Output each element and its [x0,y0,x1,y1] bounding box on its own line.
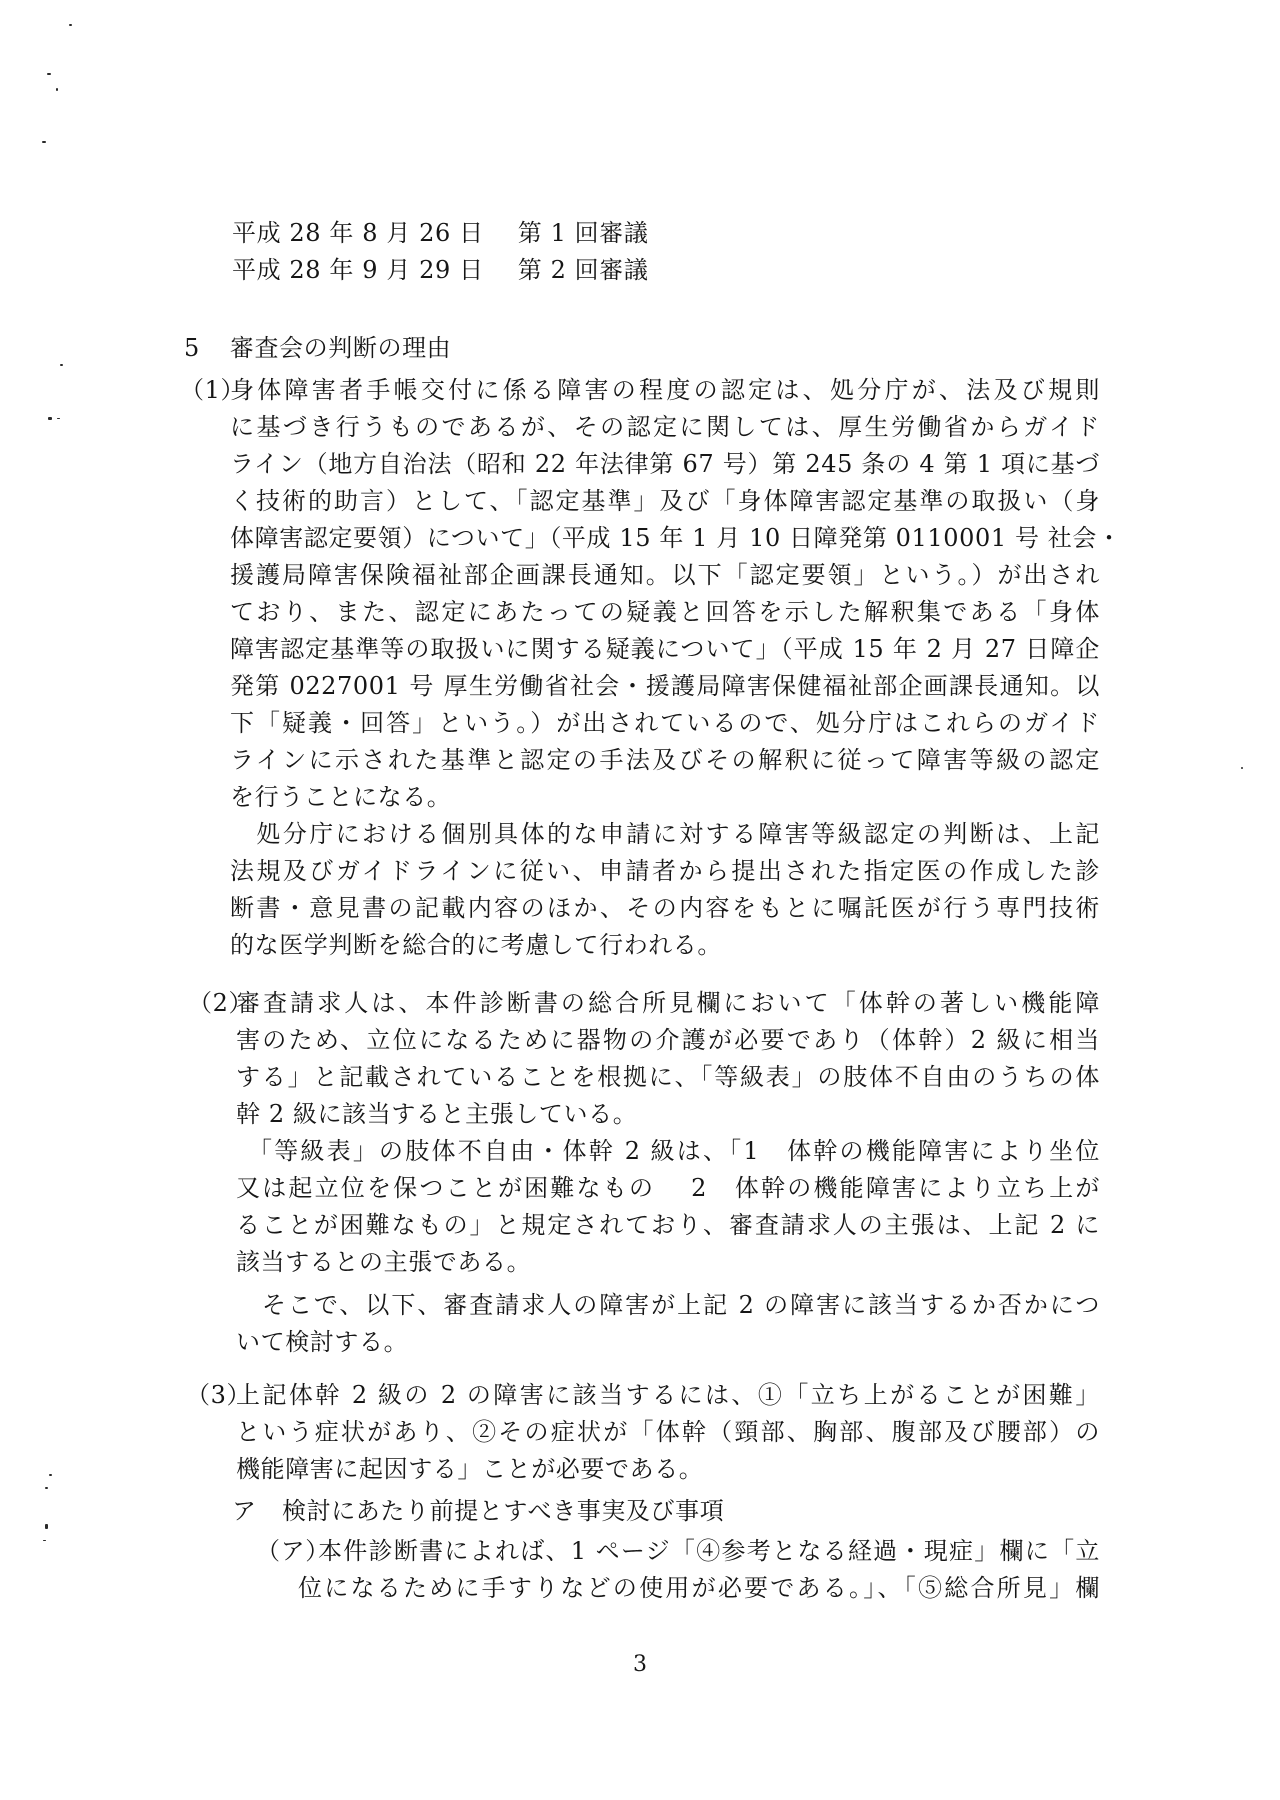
page-number: 3 [0,1652,1280,1677]
paragraph-1-line: 発第 0227001 号 厚生労働省社会・援護局障害保健福祉部企画課長通知。以 [230,671,1100,701]
paragraph-1-line: を行うことになる。 [230,782,451,812]
scan-speck [42,141,46,143]
paragraph-2-sub-line: 又は起立位を保つことが困難なもの 2 体幹の機能障害により立ち上が [236,1173,1100,1203]
scan-speck [60,364,63,366]
paragraph-1-line: 援護局障害保険福祉部企画課長通知。以下「認定要領」という。）が出され [230,560,1100,590]
scan-speck [45,1487,48,1489]
meeting-date-2: 平成 28 年 9 月 29 日第 2 回審議 [232,255,648,285]
paragraph-1-line: ラインに示された基準と認定の手法及びその解釈に従って障害等級の認定 [230,745,1100,775]
paragraph-1-sub-line: 断書・意見書の記載内容のほか、その内容をもとに嘱託医が行う専門技術 [230,893,1100,923]
meeting-date: 平成 28 年 8 月 26 日 [232,219,484,247]
item-a-label: ア [232,1496,257,1526]
paragraph-1-sub-line: 的な医学判断を総合的に考慮して行われる。 [230,930,722,960]
item-a1-line: 位になるために手すりなどの使用が必要である。」、「⑤総合所見」欄 [298,1573,1100,1603]
scan-speck [56,88,58,91]
paragraph-2-sub-line: 「等級表」の肢体不自由・体幹 2 級は、「1 体幹の機能障害により坐位 [248,1136,1100,1166]
paragraph-1-line: 下「疑義・回答」という。）が出されているので、処分庁はこれらのガイド [230,708,1100,738]
paragraph-2-line: 幹 2 級に該当すると主張している。 [236,1099,637,1129]
paragraph-1-line: く技術的助言）として、「認定基準」及び「身体障害認定基準の取扱い（身 [230,486,1100,516]
meeting-date: 平成 28 年 9 月 29 日 [232,256,484,284]
scan-speck [69,24,72,26]
document-page: 平成 28 年 8 月 26 日第 1 回審議 平成 28 年 9 月 29 日… [0,0,1280,1800]
paragraph-1-line: 身体障害者手帳交付に係る障害の程度の認定は、処分庁が、法及び規則 [230,375,1100,405]
paragraph-2-line: 害のため、立位になるために器物の介護が必要であり（体幹）2 級に相当 [236,1025,1100,1055]
scan-speck [48,417,52,420]
section-number: 5 [184,334,200,362]
meeting-label: 第 1 回審議 [518,219,649,247]
paragraph-1-line: 障害認定基準等の取扱いに関する疑義について」（平成 15 年 2 月 27 日障… [230,634,1100,664]
scan-speck [47,73,51,75]
paragraph-3-line: という症状があり、②その症状が「体幹（頸部、胸部、腹部及び腰部）の [236,1417,1100,1447]
scan-speck [57,418,60,419]
scan-speck [1241,767,1243,769]
paragraph-1-sub-line: 処分庁における個別具体的な申請に対する障害等級認定の判断は、上記 [230,819,1100,849]
item-a-text: 検討にあたり前提とすべき事実及び事項 [282,1496,724,1526]
paragraph-1-line: に基づき行うものであるが、その認定に関しては、厚生労働省からガイド [230,412,1100,442]
meeting-label: 第 2 回審議 [518,256,649,284]
item-a1-line: 本件診断書によれば、1 ページ「④参考となる経過・現症」欄に「立 [318,1536,1100,1566]
paragraph-3-line: 上記体幹 2 級の 2 の障害に該当するには、①「立ち上がることが困難」 [236,1380,1100,1410]
paragraph-2-sub-line: そこで、以下、審査請求人の障害が上記 2 の障害に該当するか否かにつ [236,1290,1100,1320]
section-title: 審査会の判断の理由 [230,334,451,362]
paragraph-2-line: 審査請求人は、本件診断書の総合所見欄において「体幹の著しい機能障 [236,988,1100,1018]
paragraph-1-line: 体障害認定要領）について」（平成 15 年 1 月 10 日障発第 011000… [230,523,1100,553]
paragraph-2-sub-line: いて検討する。 [236,1327,408,1357]
paragraph-1-line: ライン（地方自治法（昭和 22 年法律第 67 号）第 245 条の 4 第 1… [230,449,1100,479]
section-heading: 5審査会の判断の理由 [184,333,451,363]
paragraph-1-sub-line: 法規及びガイドラインに従い、申請者から提出された指定医の作成した診 [230,856,1100,886]
scan-speck [45,1524,48,1529]
scan-speck [49,1474,52,1476]
paragraph-3-line: 機能障害に起因する」ことが必要である。 [236,1454,703,1484]
meeting-date-1: 平成 28 年 8 月 26 日第 1 回審議 [232,218,648,248]
paragraph-2-sub-line: ることが困難なもの」と規定されており、審査請求人の主張は、上記 2 に [236,1210,1100,1240]
scan-speck [43,1540,46,1541]
paragraph-2-line: する」と記載されていることを根拠に、「等級表」の肢体不自由のうちの体 [236,1062,1100,1092]
paragraph-2-sub-line: 該当するとの主張である。 [236,1247,531,1277]
paragraph-1-line: ており、また、認定にあたっての疑義と回答を示した解釈集である「身体 [230,597,1100,627]
